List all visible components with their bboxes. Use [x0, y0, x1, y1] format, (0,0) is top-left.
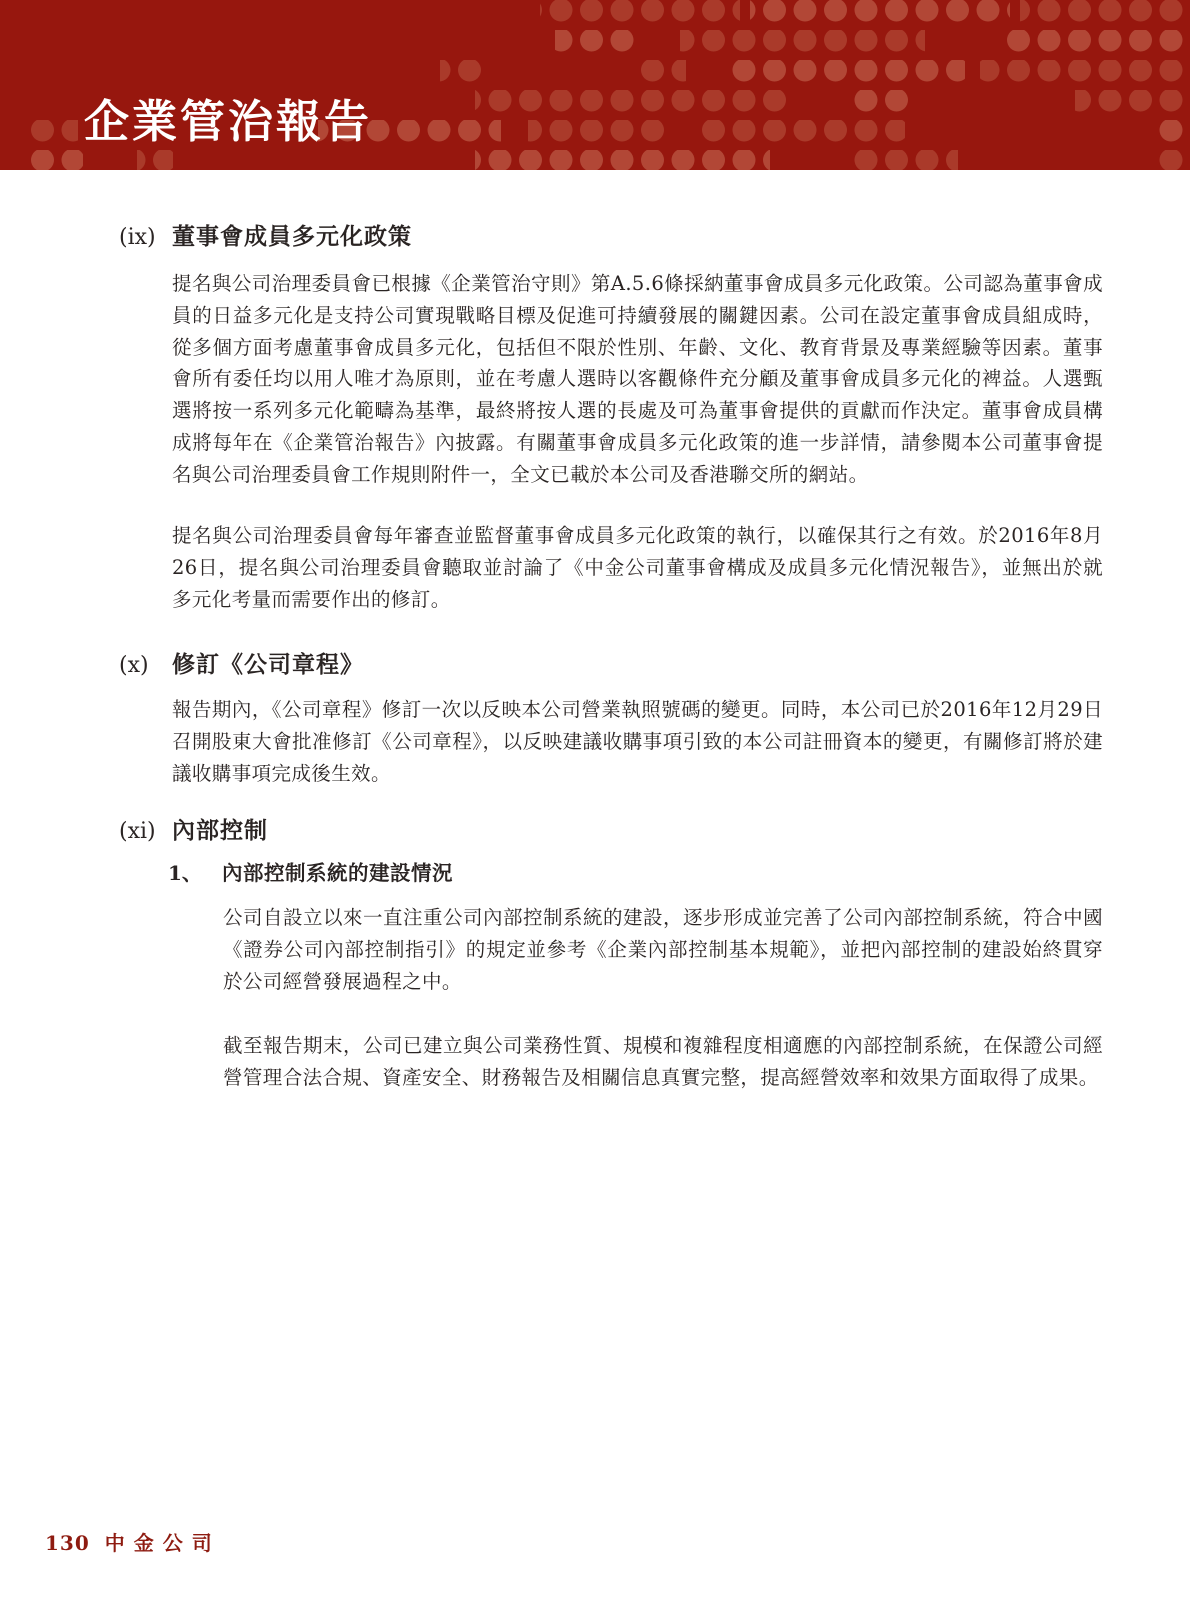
subsection-1-label: 1、 — [168, 858, 222, 889]
section-x-title: 修訂《公司章程》 — [172, 648, 364, 682]
section-x-heading: (x) 修訂《公司章程》 — [119, 648, 364, 683]
section-xi-label: (xi) — [119, 815, 172, 849]
section-ix-title: 董事會成員多元化政策 — [172, 220, 412, 254]
section-x-paragraph-1: 報告期內，《公司章程》修訂一次以反映本公司營業執照號碼的變更。同時，本公司已於2… — [172, 694, 1103, 789]
section-ix-paragraph-1: 提名與公司治理委員會已根據《企業管治守則》第A.5.6條採納董事會成員多元化政策… — [172, 268, 1103, 491]
subsection-1-heading: 1、 內部控制系統的建設情況 — [168, 858, 453, 889]
page-footer: 130 中金公司 — [45, 1527, 221, 1556]
section-ix-label: (ix) — [119, 221, 172, 255]
report-page: 企業管治報告 (ix) 董事會成員多元化政策 提名與公司治理委員會已根據《企業管… — [0, 0, 1190, 1615]
company-name: 中金公司 — [105, 1527, 221, 1556]
page-title: 企業管治報告 — [84, 99, 372, 144]
section-x-label: (x) — [119, 649, 172, 683]
subsection-1-paragraph-2: 截至報告期末，公司已建立與公司業務性質、規模和複雜程度相適應的內部控制系統，在保… — [223, 1030, 1103, 1094]
section-ix-paragraph-2: 提名與公司治理委員會每年審查並監督董事會成員多元化政策的執行，以確保其行之有效。… — [172, 520, 1103, 615]
page-banner: 企業管治報告 — [0, 0, 1190, 170]
section-xi-heading: (xi) 內部控制 — [119, 814, 268, 849]
page-number: 130 — [45, 1531, 90, 1555]
subsection-1-title: 內部控制系統的建設情況 — [222, 858, 453, 889]
section-ix-heading: (ix) 董事會成員多元化政策 — [119, 220, 412, 255]
subsection-1-paragraph-1: 公司自設立以來一直注重公司內部控制系統的建設，逐步形成並完善了公司內部控制系統，… — [223, 902, 1103, 997]
section-xi-title: 內部控制 — [172, 814, 268, 848]
